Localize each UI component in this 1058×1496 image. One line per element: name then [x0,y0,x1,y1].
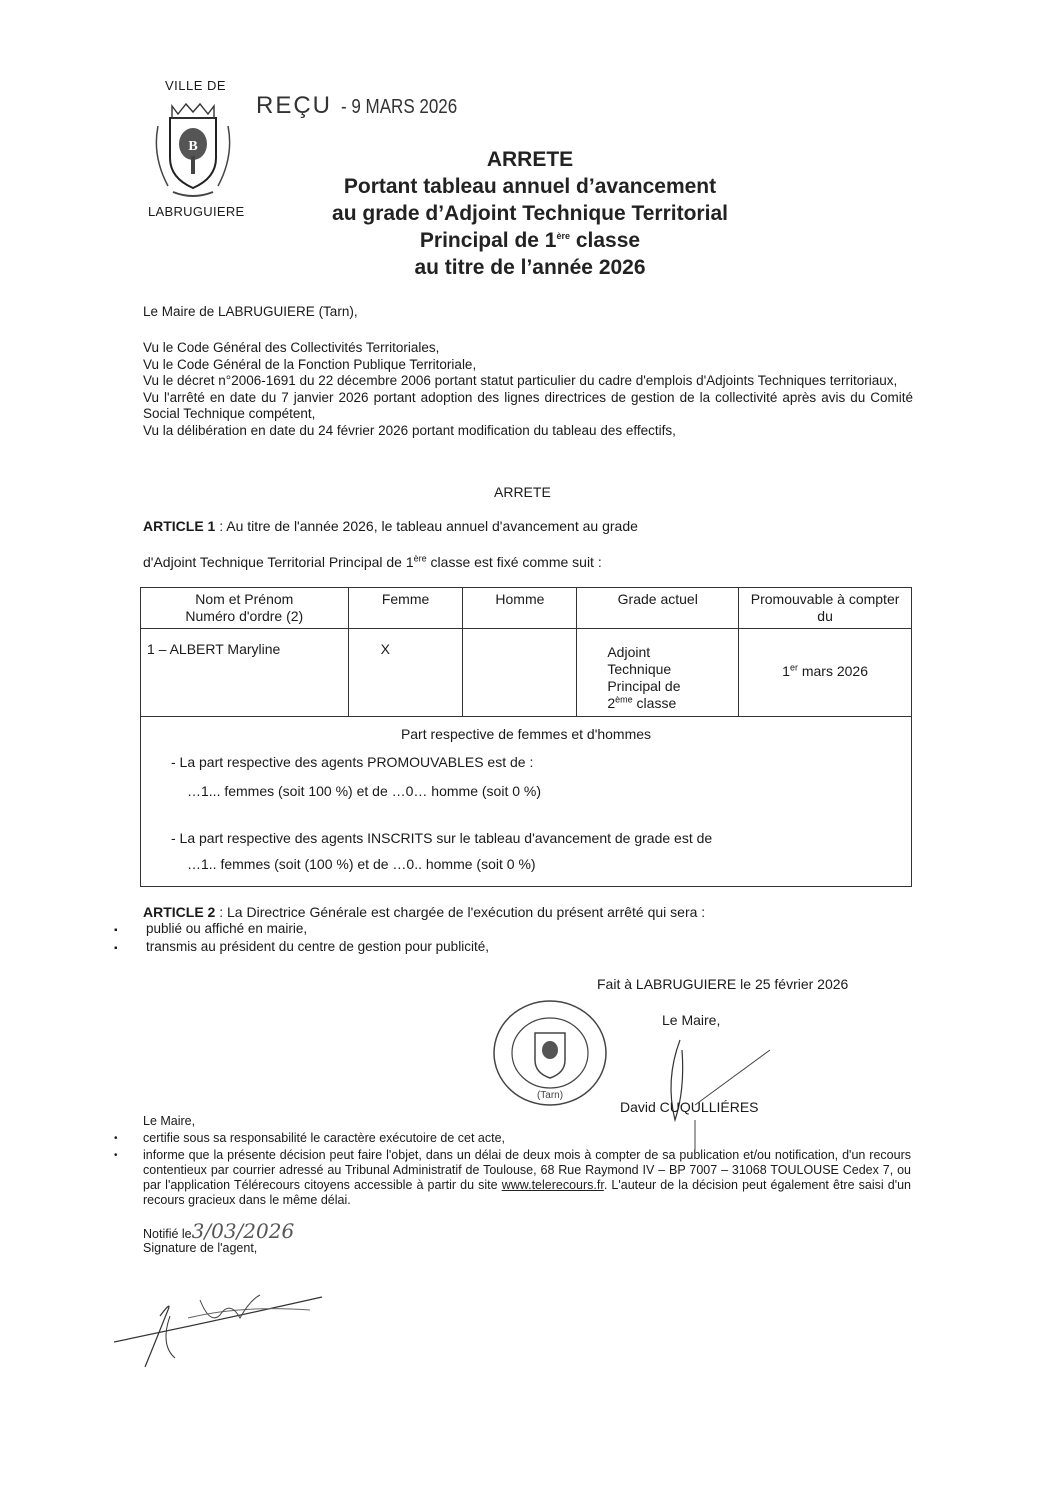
considerations: Vu le Code Général des Collectivités Ter… [143,340,913,439]
promouvables-value: …1... femmes (soit 100 %) et de …0… homm… [187,783,541,799]
inscrits-label: - La part respective des agents INSCRITS… [171,830,712,846]
promouvables-label: - La part respective des agents PROMOUVA… [171,754,533,770]
bullet-icon: • [114,1150,118,1161]
inscrits-value: …1.. femmes (soit (100 %) et de …0.. hom… [187,856,536,872]
table-row: 1 – ALBERT Maryline X Adjoint Technique … [141,629,912,717]
consideration: Vu le décret n°2006-1691 du 22 décembre … [143,373,913,390]
agent-signature-icon [100,1270,340,1380]
decision-heading: ARRETE [494,484,551,500]
article-2-item: publié ou affiché en mairie, [146,921,307,936]
received-stamp-date: - 9 MARS 2026 [341,96,457,119]
footer-mayor: Le Maire, [143,1114,195,1129]
consideration: Vu le Code Général des Collectivités Ter… [143,340,913,357]
bullet-icon: • [114,1133,118,1144]
footer-item: informe que la présente décision peut fa… [143,1148,911,1208]
bullet-icon: ▪ [114,943,118,954]
cell-grade: Adjoint Technique Principal de 2ème clas… [577,629,739,717]
article-2-item: transmis au président du centre de gesti… [146,939,489,954]
place-date: Fait à LABRUGUIERE le 25 février 2026 [597,976,848,992]
col-header-femme: Femme [348,588,463,629]
telerecours-link[interactable]: www.telerecours.fr [502,1178,604,1192]
footer-item: certifie sous sa responsabilité le carac… [143,1131,505,1146]
consideration: Vu le Code Général de la Fonction Publiq… [143,357,913,374]
city-crest-icon: B [148,96,238,202]
consideration: Vu la délibération en date du 24 février… [143,423,913,440]
article-1-line-2: d'Adjoint Technique Territorial Principa… [143,554,602,570]
col-header-date: Promouvable à compter du [739,588,912,629]
received-stamp-label: REÇU [256,92,332,119]
article-2: ARTICLE 2 : La Directrice Générale est c… [143,904,705,920]
bullet-icon: ▪ [114,925,118,936]
svg-text:(Tarn): (Tarn) [537,1090,563,1101]
mayor-intro: Le Maire de LABRUGUIERE (Tarn), [143,304,913,321]
crest-bottom-label: LABRUGUIERE [148,204,245,219]
cell-date: 1er mars 2026 [739,629,912,717]
signer-name: David CUQULLIÉRES [620,1099,759,1115]
article-1-line-1: ARTICLE 1 : Au titre de l'année 2026, le… [143,518,638,534]
svg-text:B: B [188,139,197,154]
title-line-1: ARRETE [290,146,770,173]
notified-line: Notifié le3/03/2026 [143,1224,294,1242]
mayor-signature-icon [640,1020,780,1150]
promotion-table: Nom et Prénom Numéro d'ordre (2) Femme H… [140,587,912,717]
agent-signature-label: Signature de l'agent, [143,1241,257,1256]
received-stamp: REÇU - 9 MARS 2026 [256,92,477,120]
title-line-4: Principal de 1ère classe [290,227,770,254]
col-header-name: Nom et Prénom Numéro d'ordre (2) [141,588,349,629]
title-line-5: au titre de l’année 2026 [290,254,770,281]
cell-homme [463,629,577,717]
notified-label: Notifié le [143,1227,192,1241]
gender-share-heading: Part respective de femmes et d'hommes [141,726,911,742]
notified-date: 3/03/2026 [192,1219,295,1243]
cell-femme: X [348,629,463,717]
crest-top-label: VILLE DE [165,78,226,93]
document-title: ARRETE Portant tableau annuel d’avanceme… [290,146,770,281]
title-line-3: au grade d’Adjoint Technique Territorial [290,200,770,227]
consideration: Vu l'arrêté en date du 7 janvier 2026 po… [143,390,913,423]
col-header-grade: Grade actuel [577,588,739,629]
official-seal-icon: (Tarn) [490,998,610,1108]
cell-name: 1 – ALBERT Maryline [141,629,349,717]
col-header-homme: Homme [463,588,577,629]
gender-share-box: Part respective de femmes et d'hommes - … [140,713,912,887]
title-line-2: Portant tableau annuel d’avancement [290,173,770,200]
table-header-row: Nom et Prénom Numéro d'ordre (2) Femme H… [141,588,912,629]
